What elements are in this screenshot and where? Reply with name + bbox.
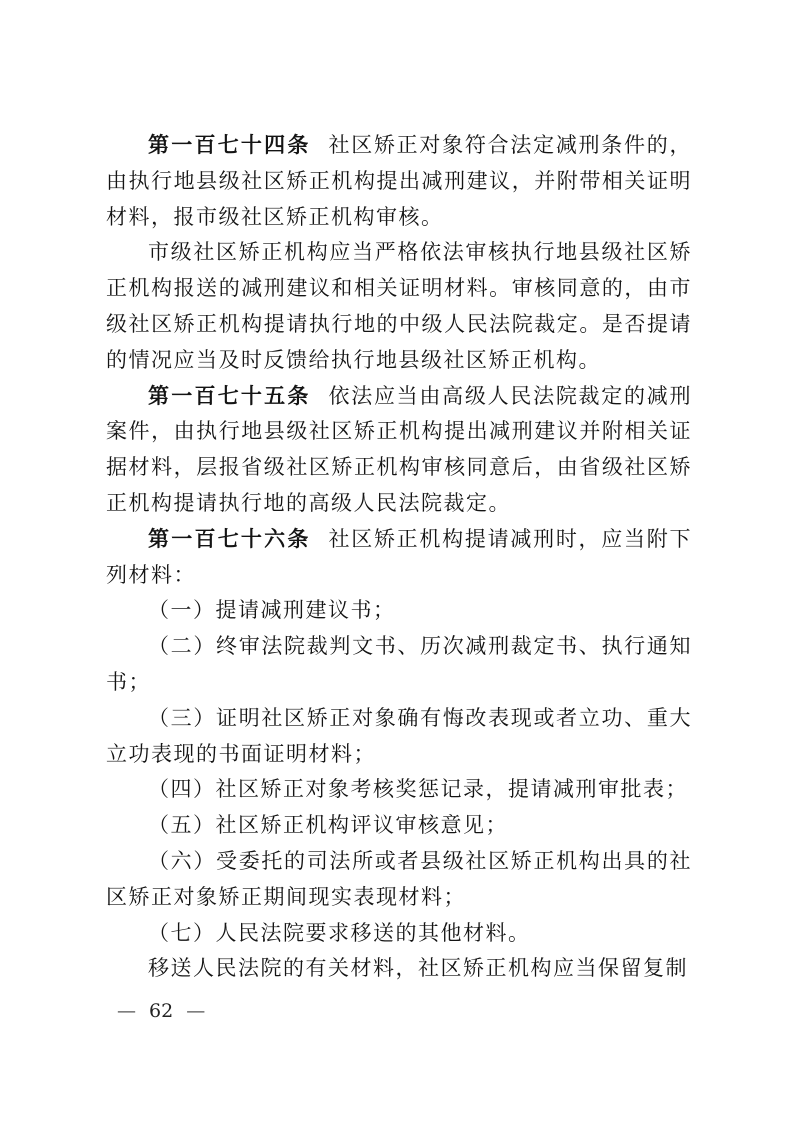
list-item: （二）终审法院裁判文书、历次减刑裁定书、执行通知书； xyxy=(106,629,692,701)
list-item: （四）社区矫正对象考核奖惩记录，提请减刑审批表； xyxy=(106,772,692,808)
list-item: （六）受委托的司法所或者县级社区矫正机构出具的社区矫正对象矫正期间现实表现材料； xyxy=(106,844,692,916)
paragraph-text: 市级社区矫正机构应当严格依法审核执行地县级社区矫正机构报送的减刑建议和相关证明材… xyxy=(106,240,692,371)
paragraph-text: （三）证明社区矫正对象确有悔改表现或者立功、重大立功表现的书面证明材料； xyxy=(106,706,692,766)
list-item: （三）证明社区矫正对象确有悔改表现或者立功、重大立功表现的书面证明材料； xyxy=(106,701,692,773)
article-number: 第一百七十四条 xyxy=(148,133,311,157)
paragraph: 市级社区矫正机构应当严格依法审核执行地县级社区矫正机构报送的减刑建议和相关证明材… xyxy=(106,235,692,378)
article-number: 第一百七十五条 xyxy=(148,384,311,408)
list-item: （五）社区矫正机构评议审核意见； xyxy=(106,808,692,844)
paragraph: 第一百七十五条依法应当由高级人民法院裁定的减刑案件，由执行地县级社区矫正机构提出… xyxy=(106,379,692,522)
paragraph-text: 移送人民法院的有关材料，社区矫正机构应当保留复制 xyxy=(148,956,688,980)
page-footer: — 62 — xyxy=(117,1000,205,1022)
paragraph: 移送人民法院的有关材料，社区矫正机构应当保留复制 xyxy=(106,951,692,987)
paragraph-text: （一）提请减刑建议书； xyxy=(148,598,396,622)
footer-dash-right: — xyxy=(186,1000,205,1022)
paragraph-text: （四）社区矫正对象考核奖惩记录，提请减刑审批表； xyxy=(148,777,688,801)
list-item: （一）提请减刑建议书； xyxy=(106,593,692,629)
paragraph: 第一百七十四条社区矫正对象符合法定减刑条件的，由执行地县级社区矫正机构提出减刑建… xyxy=(106,128,692,235)
document-page: 第一百七十四条社区矫正对象符合法定减刑条件的，由执行地县级社区矫正机构提出减刑建… xyxy=(0,0,793,1122)
document-body: 第一百七十四条社区矫正对象符合法定减刑条件的，由执行地县级社区矫正机构提出减刑建… xyxy=(106,128,692,987)
page-number: 62 xyxy=(149,1000,173,1022)
paragraph: 第一百七十六条社区矫正机构提请减刑时，应当附下列材料： xyxy=(106,522,692,594)
article-number: 第一百七十六条 xyxy=(148,527,311,551)
paragraph-text: （七）人民法院要求移送的其他材料。 xyxy=(148,921,531,945)
footer-dash-left: — xyxy=(117,1000,136,1022)
paragraph-text: （二）终审法院裁判文书、历次减刑裁定书、执行通知书； xyxy=(106,634,692,694)
paragraph-text: （五）社区矫正机构评议审核意见； xyxy=(148,813,508,837)
list-item: （七）人民法院要求移送的其他材料。 xyxy=(106,916,692,952)
paragraph-text: （六）受委托的司法所或者县级社区矫正机构出具的社区矫正对象矫正期间现实表现材料； xyxy=(106,849,692,909)
